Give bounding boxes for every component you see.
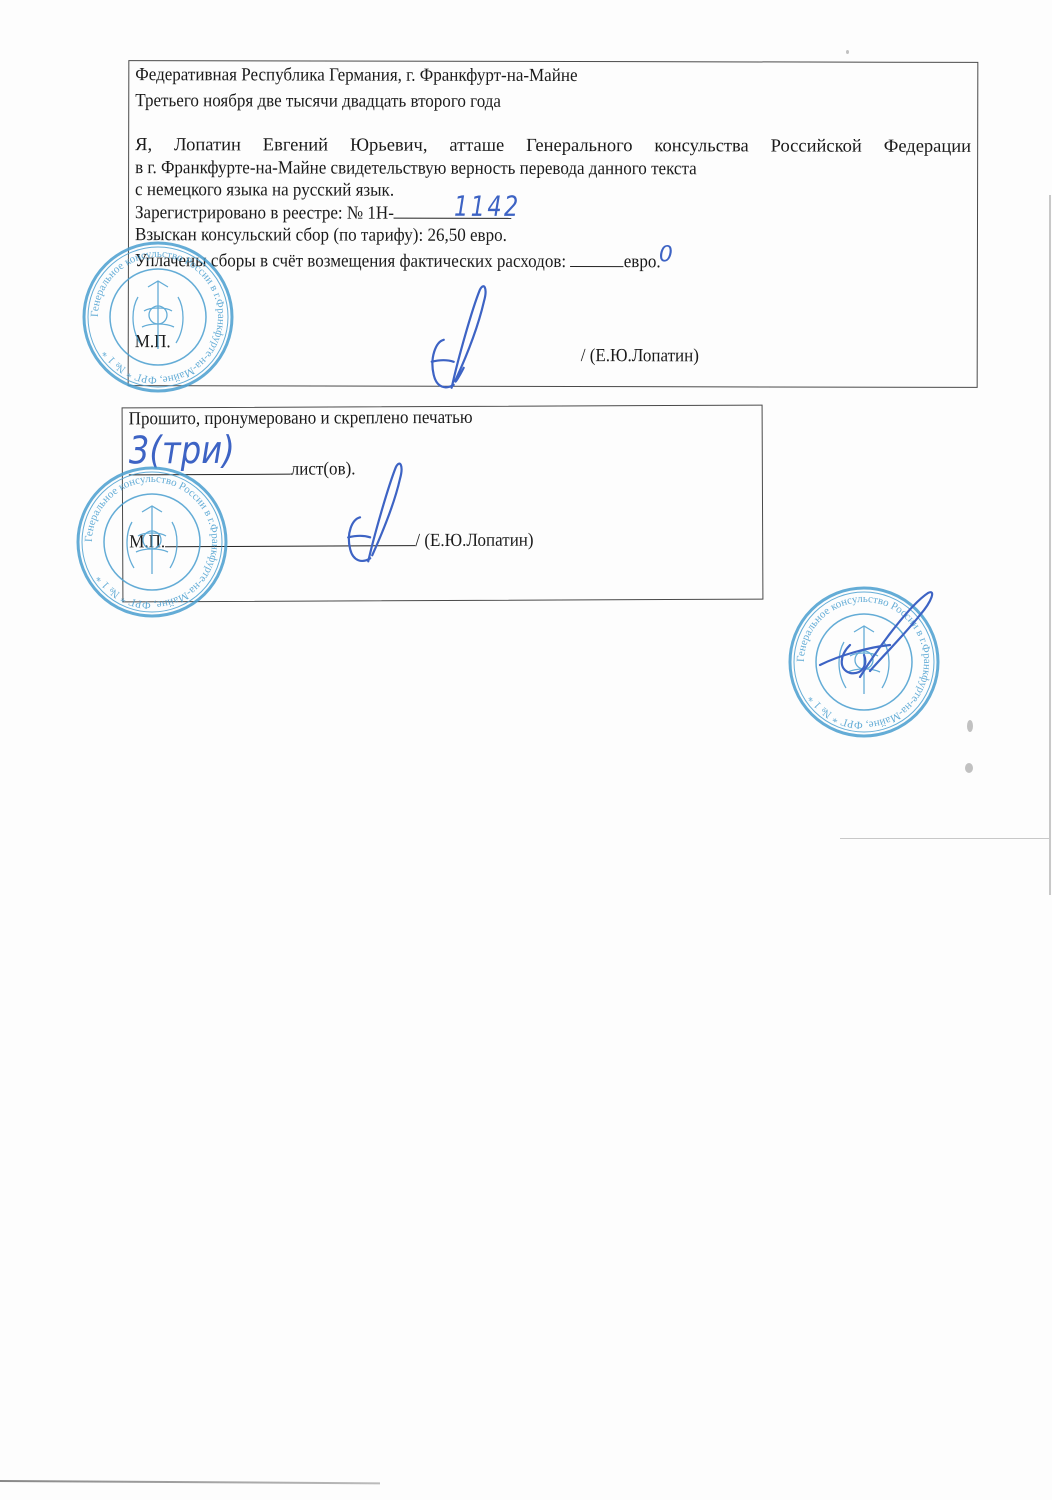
scan-edge-bottom <box>0 1480 380 1484</box>
registry-number-handwritten: 1142 <box>454 190 521 223</box>
signature-icon <box>414 280 494 395</box>
certificate-statement-line1: Я, Лопатин Евгений Юрьевич, атташе Генер… <box>135 134 971 158</box>
scan-edge-vertical <box>1049 195 1051 895</box>
signature-icon <box>810 585 940 685</box>
binding-title: Прошито, пронумеровано и скреплено печат… <box>129 407 473 431</box>
scan-speck <box>965 763 973 773</box>
scan-speck <box>846 50 849 54</box>
certificate-location: Федеративная Республика Германия, г. Фра… <box>135 64 577 87</box>
scan-edge-horizontal <box>840 838 1050 839</box>
expenses-value-handwritten: 0 <box>659 242 673 267</box>
consulate-seal-icon: Генеральное консульство России в г.Франк… <box>78 237 238 397</box>
binding-signatory: / (Е.Ю.Лопатин) <box>415 531 533 552</box>
consulate-seal-icon: Генеральное консульство России в г.Франк… <box>72 462 232 622</box>
signature-icon <box>328 459 408 569</box>
certificate-date: Третьего ноября две тысячи двадцать втор… <box>135 90 501 113</box>
certificate-statement-line3: с немецкого языка на русский язык. <box>135 179 394 202</box>
expenses-currency: евро. <box>624 252 661 272</box>
scan-speck <box>967 720 973 732</box>
certification-block: Федеративная Республика Германия, г. Фра… <box>128 60 979 388</box>
signatory-name: / (Е.Ю.Лопатин) <box>581 345 699 367</box>
certificate-statement-line2: в г. Франкфурте-на-Майне свидетельствую … <box>135 157 697 180</box>
registry-label: Зарегистрировано в реестре: № 1Н- <box>135 203 394 224</box>
expenses-value-field <box>570 250 623 267</box>
